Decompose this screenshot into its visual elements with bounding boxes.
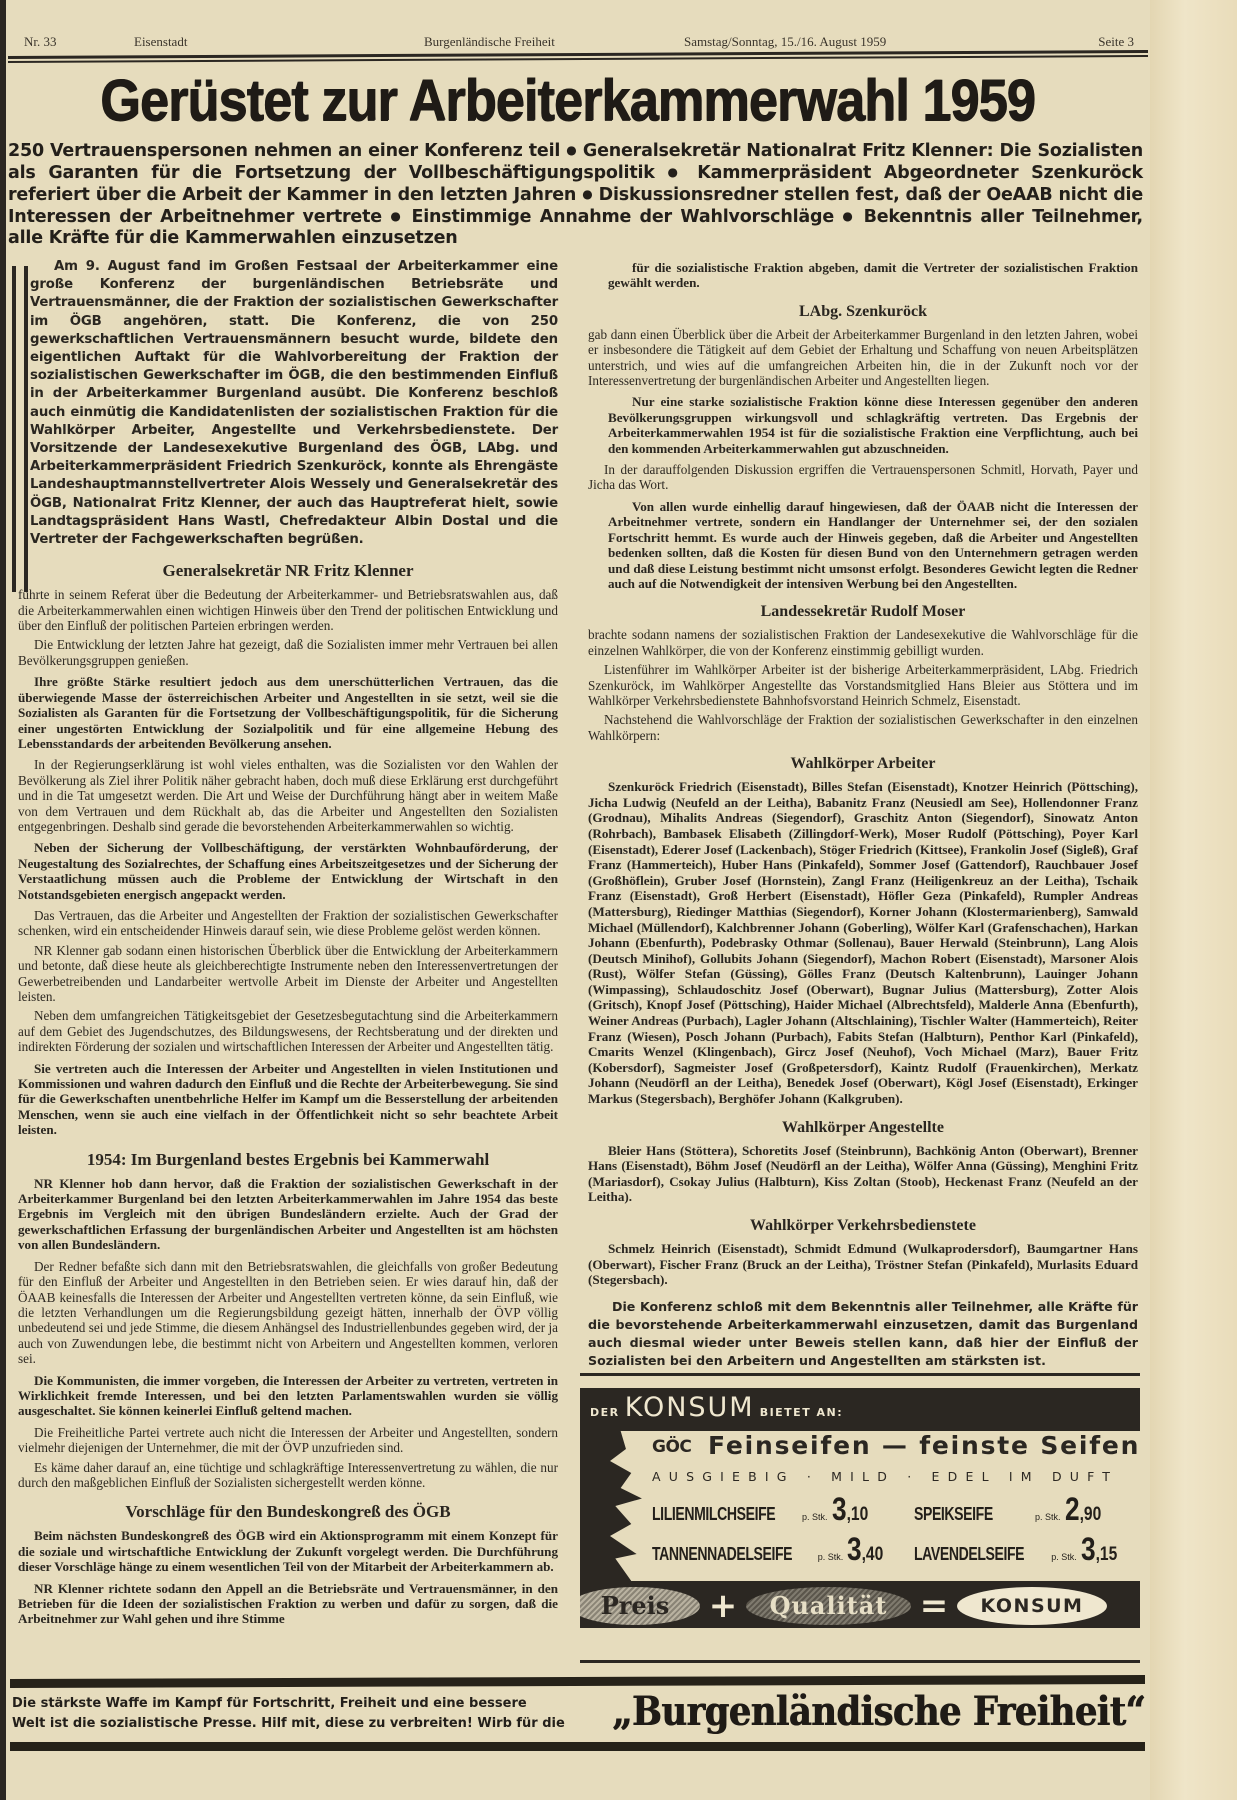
footer-promo-text: Die stärkste Waffe im Kampf für Fortschr… xyxy=(12,1694,592,1734)
ad-brand: KONSUM xyxy=(625,1392,755,1423)
closing-paragraph: Die Konferenz schloß mit dem Bekenntnis … xyxy=(588,1298,1138,1370)
ad-header-pre: DER xyxy=(590,1406,620,1419)
candidate-list-angestellte: Bleier Hans (Stöttera), Schoretits Josef… xyxy=(588,1143,1138,1205)
issue-date: Samstag/Sonntag, 15./16. August 1959 xyxy=(684,34,1044,50)
paragraph: Die Freiheitliche Partei vertrete auch n… xyxy=(18,1425,558,1456)
product-unit: p. Stk. xyxy=(802,1512,828,1522)
footer-brand: „Burgenländische Freiheit“ xyxy=(612,1688,1145,1735)
bold-paragraph: Sie vertreten auch die Interessen der Ar… xyxy=(18,1061,558,1138)
bold-paragraph: Beim nächsten Bundeskongreß des ÖGB wird… xyxy=(18,1528,558,1574)
product-unit: p. Stk. xyxy=(1051,1552,1077,1562)
price-main: 3 xyxy=(832,1491,847,1527)
price-main: 2 xyxy=(1065,1491,1080,1527)
issue-number: Nr. 33 xyxy=(24,34,104,50)
goc-logo-icon: GÖC xyxy=(652,1437,691,1457)
bold-paragraph: NR Klenner hob dann hervor, daß die Frak… xyxy=(18,1176,558,1253)
ad-equation: Preis + Qualität = KONSUM xyxy=(580,1583,1140,1628)
ad-header-post: BIETET AN: xyxy=(760,1406,843,1419)
ad-product: SPEIKSEIFE p. Stk. 2,90 xyxy=(914,1491,1109,1528)
equals-icon: = xyxy=(911,1586,957,1626)
paragraph: führte in seinem Referat über die Bedeut… xyxy=(18,587,558,633)
bullet-icon: ● xyxy=(582,187,592,201)
section-title-verkehr: Wahlkörper Verkehrsbedienstete xyxy=(588,1217,1138,1235)
section-title-szenkuroeck: LAbg. Szenkuröck xyxy=(588,303,1138,321)
ad-product: LILIENMILCHSEIFE p. Stk. 3,10 xyxy=(652,1491,876,1528)
masthead: Nr. 33 Eisenstadt Burgenländische Freihe… xyxy=(24,28,1134,50)
product-unit: p. Stk. xyxy=(818,1552,844,1562)
headline: Gerüstet zur Arbeiterkammerwahl 1959 xyxy=(100,68,964,134)
ad-rule xyxy=(580,1373,1140,1376)
bold-paragraph: Nur eine starke sozialistische Fraktion … xyxy=(588,394,1138,456)
deck-summary: 250 Vertrauenspersonen nehmen an einer K… xyxy=(8,140,1143,249)
paragraph: Der Redner befaßte sich dann mit den Bet… xyxy=(18,1259,558,1367)
product-name: LILIENMILCHSEIFE xyxy=(652,1504,775,1525)
candidate-list-arbeiter: Szenkuröck Friedrich (Eisenstadt), Bille… xyxy=(588,779,1138,1106)
section-title-moser: Landessekretär Rudolf Moser xyxy=(588,603,1138,621)
deck-item: 250 Vertrauenspersonen nehmen an einer K… xyxy=(8,141,560,161)
right-column: für die sozialistische Fraktion abgeben,… xyxy=(588,254,1138,1370)
paragraph: Die Entwicklung der letzten Jahre hat ge… xyxy=(18,637,558,668)
paragraph: Nachstehend die Wahlvorschläge der Frakt… xyxy=(588,712,1138,743)
price-cents: ,15 xyxy=(1095,1544,1117,1565)
ad-slogan: Feinseifen — feinste Seifen xyxy=(708,1431,1140,1460)
price-main: 3 xyxy=(847,1531,862,1567)
bullet-icon: ● xyxy=(842,209,855,223)
konsum-advertisement: DER KONSUM BIETET AN: GÖC Feinseifen — f… xyxy=(580,1388,1140,1628)
product-name: LAVENDELSEIFE xyxy=(914,1544,1024,1565)
deck-item: Einstimmige Annahme der Wahlvorschläge xyxy=(411,207,834,227)
product-name: TANNENNADELSEIFE xyxy=(652,1544,792,1565)
paragraph: In der Regierungserklärung ist wohl viel… xyxy=(18,757,558,834)
price-cents: ,40 xyxy=(862,1544,884,1565)
footer-rule-bottom xyxy=(10,1742,1145,1751)
section-title-angestellte: Wahlkörper Angestellte xyxy=(588,1119,1138,1137)
product-unit: p. Stk. xyxy=(1035,1512,1061,1522)
ad-product: TANNENNADELSEIFE p. Stk. 3,40 xyxy=(652,1531,891,1568)
product-price: 3,10 xyxy=(832,1491,868,1528)
product-name: SPEIKSEIFE xyxy=(914,1504,993,1525)
paragraph: Listenführer im Wahlkörper Arbeiter ist … xyxy=(588,662,1138,708)
lead-paragraph: Am 9. August fand im Großen Festsaal der… xyxy=(30,258,558,549)
paragraph: NR Klenner gab sodann einen historischen… xyxy=(18,943,558,1005)
bold-paragraph: Ihre größte Stärke resultiert jedoch aus… xyxy=(18,674,558,751)
paragraph: Das Vertrauen, das die Arbeiter und Ange… xyxy=(18,908,558,939)
bold-paragraph: für die sozialistische Fraktion abgeben,… xyxy=(588,260,1138,291)
bold-paragraph: Die Kommunisten, die immer vorgeben, die… xyxy=(18,1373,558,1419)
section-title-arbeiter: Wahlkörper Arbeiter xyxy=(588,755,1138,773)
ad-panel: GÖC Feinseifen — feinste Seifen AUSGIEBI… xyxy=(610,1431,1140,1581)
ad-product: LAVENDELSEIFE p. Stk. 3,15 xyxy=(914,1531,1125,1568)
paragraph: Neben dem umfangreichen Tätigkeitsgebiet… xyxy=(18,1008,558,1054)
page-margin xyxy=(1150,0,1237,1800)
footer-line: Die stärkste Waffe im Kampf für Fortschr… xyxy=(12,1694,592,1714)
city: Eisenstadt xyxy=(134,34,394,50)
section-title-klenner: Generalsekretär NR Fritz Klenner xyxy=(18,561,558,581)
paragraph: gab dann einen Überblick über die Arbeit… xyxy=(588,327,1138,389)
price-cents: ,90 xyxy=(1079,1504,1101,1525)
ad-header: DER KONSUM BIETET AN: xyxy=(590,1392,843,1428)
paragraph: brachte sodann namens der sozialistische… xyxy=(588,627,1138,658)
ad-product-row: LILIENMILCHSEIFE p. Stk. 3,10 SPEIKSEIFE… xyxy=(652,1491,1132,1531)
ad-rule xyxy=(580,1660,1140,1663)
paragraph: In der darauffolgenden Diskussion ergrif… xyxy=(588,462,1138,493)
price-main: 3 xyxy=(1081,1531,1096,1567)
section-title-bundeskongress: Vorschläge für den Bundeskongreß des ÖGB xyxy=(18,1502,558,1522)
page-number: Seite 3 xyxy=(1074,34,1134,50)
bullet-icon: ● xyxy=(667,165,684,179)
left-column: Am 9. August fand im Großen Festsaal der… xyxy=(18,258,558,1633)
section-title-1954: 1954: Im Burgenland bestes Ergebnis bei … xyxy=(18,1150,558,1170)
ad-tagline: AUSGIEBIG · MILD · EDEL IM DUFT xyxy=(652,1469,1118,1484)
lead-box: Am 9. August fand im Großen Festsaal der… xyxy=(12,258,558,549)
product-price: 3,40 xyxy=(847,1531,883,1568)
bold-paragraph: Neben der Sicherung der Vollbeschäftigun… xyxy=(18,840,558,902)
bullet-icon: ● xyxy=(390,209,403,223)
konsum-oval: KONSUM xyxy=(957,1587,1107,1625)
ad-product-row: TANNENNADELSEIFE p. Stk. 3,40 LAVENDELSE… xyxy=(652,1531,1132,1571)
price-cents: ,10 xyxy=(846,1504,868,1525)
product-price: 3,15 xyxy=(1081,1531,1117,1568)
preis-oval: Preis xyxy=(580,1587,700,1625)
product-price: 2,90 xyxy=(1065,1491,1101,1528)
paragraph: Es käme daher darauf an, eine tüchtige u… xyxy=(18,1460,558,1491)
paper-name: Burgenländische Freiheit xyxy=(424,34,654,50)
qualitaet-oval: Qualität xyxy=(746,1587,911,1625)
bold-paragraph: NR Klenner richtete sodann den Appell an… xyxy=(18,1581,558,1627)
bold-paragraph: Von allen wurde einhellig darauf hingewi… xyxy=(588,499,1138,591)
candidate-list-verkehr: Schmelz Heinrich (Eisenstadt), Schmidt E… xyxy=(588,1241,1138,1288)
bullet-icon: ● xyxy=(566,143,577,157)
plus-icon: + xyxy=(700,1586,746,1626)
footer-line: Welt ist die sozialistische Presse. Hilf… xyxy=(12,1714,592,1734)
